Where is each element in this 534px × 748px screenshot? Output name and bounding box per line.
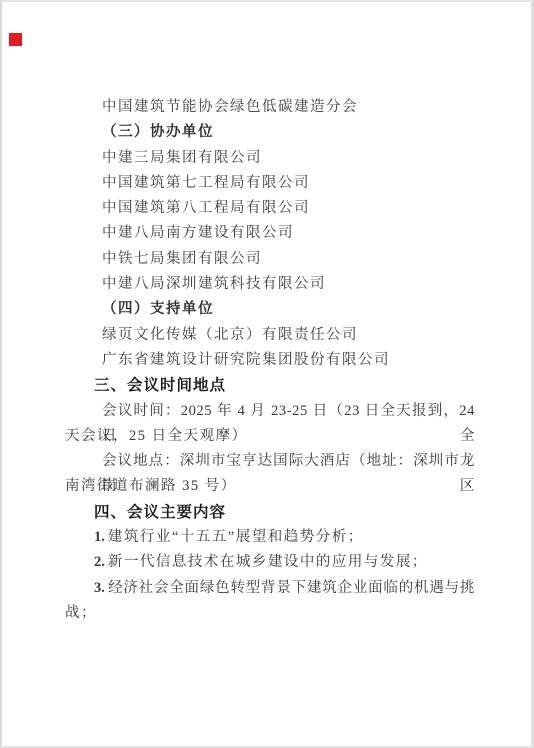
body-text-line: 绿页文化传媒（北京）有限责任公司	[65, 323, 475, 348]
sub-heading: （四）支持单位	[65, 297, 475, 322]
red-square-marker	[9, 33, 22, 46]
sub-heading: （三）协办单位	[65, 120, 475, 145]
list-item-number: 1.	[94, 529, 105, 545]
body-text-line: 中铁七局集团有限公司	[65, 247, 475, 272]
body-text-line: 中建八局深圳建筑科技有限公司	[65, 272, 475, 297]
body-text-line: 会议时间：2025 年 4 月 23-25 日（23 日全天报到，24 日全	[65, 399, 475, 424]
body-text-line: 中建三局集团有限公司	[65, 146, 475, 171]
body-text-line: 战；	[65, 601, 475, 626]
body-text-line: 3.经济社会全面绿色转型背景下建筑企业面临的机遇与挑	[65, 576, 475, 601]
list-item-number: 3.	[94, 580, 105, 596]
document-page: 中国建筑节能协会绿色低碳建造分会（三）协办单位中建三局集团有限公司中国建筑第七工…	[0, 0, 534, 748]
section-heading: 三、会议时间地点	[65, 373, 475, 398]
body-text-line: 1.建筑行业“十五五”展望和趋势分析；	[65, 525, 475, 550]
body-text-line: 2.新一代信息技术在城乡建设中的应用与发展；	[65, 550, 475, 575]
body-text-line: 中国建筑第七工程局有限公司	[65, 171, 475, 196]
body-text-line: 中国建筑第八工程局有限公司	[65, 196, 475, 221]
body-text-line: 广东省建筑设计研究院集团股份有限公司	[65, 348, 475, 373]
body-text-line: 会议地点：深圳市宝亨达国际大酒店（地址：深圳市龙岗区	[65, 449, 475, 474]
body-text-line: 中建八局南方建设有限公司	[65, 221, 475, 246]
document-content: 中国建筑节能协会绿色低碳建造分会（三）协办单位中建三局集团有限公司中国建筑第七工…	[65, 95, 475, 626]
body-text-line: 中国建筑节能协会绿色低碳建造分会	[65, 95, 475, 120]
section-heading: 四、会议主要内容	[65, 500, 475, 525]
list-item-number: 2.	[94, 554, 105, 570]
